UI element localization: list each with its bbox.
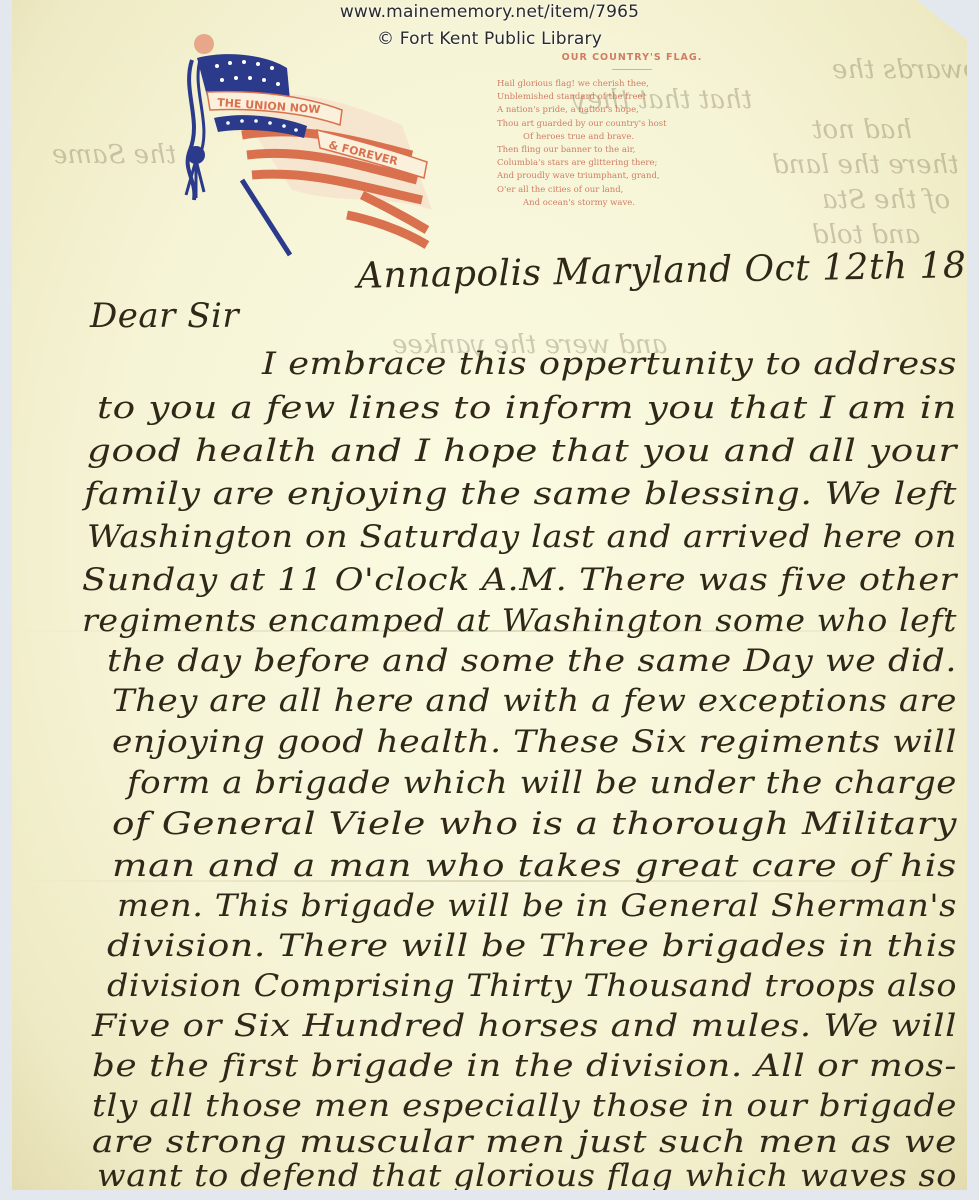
letter-line: be the first brigade in the division. Al… <box>92 1048 957 1084</box>
letter-line: division Comprising Thirty Thousand troo… <box>107 968 957 1004</box>
letter-line: family are enjoying the same blessing. W… <box>84 476 957 512</box>
letter-line: regiments encamped at Washington some wh… <box>82 603 957 639</box>
union-flag-vignette: THE UNION NOW & FOREVER <box>172 30 447 260</box>
letter-line: man and a man who takes great care of hi… <box>112 848 957 884</box>
bleed-through-text: there the land <box>772 150 959 180</box>
letter-dateline: Annapolis Maryland Oct 12th 1861 <box>357 244 967 296</box>
bleed-through-text: the Same <box>52 140 176 170</box>
watermark-url: www.mainememory.net/item/7965 <box>0 2 979 22</box>
letter-line: Five or Six Hundred horses and mules. We… <box>92 1008 957 1044</box>
letter-line: to you a few lines to inform you that I … <box>97 390 957 426</box>
poem-line: O'er all the cities of our land, <box>497 184 767 197</box>
poem-line: A nation's pride, a nation's hope, <box>497 104 767 117</box>
letter-line: the day before and some the same Day we … <box>107 643 957 679</box>
poem-line: Of heroes true and brave. <box>497 131 767 144</box>
letter-line: Sunday at 11 O'clock A.M. There was five… <box>82 562 957 598</box>
letter-salutation: Dear Sir <box>90 296 239 336</box>
letterhead-poem: OUR COUNTRY'S FLAG. Hail glorious flag! … <box>497 52 767 210</box>
poem-line: Thou art guarded by our country's host <box>497 118 767 131</box>
poem-line: And proudly wave triumphant, grand, <box>497 170 767 183</box>
letter-line: Washington on Saturday last and arrived … <box>87 519 957 555</box>
letter-line: tly all those men especially those in ou… <box>92 1088 957 1124</box>
letter-line: men. This brigade will be in General She… <box>117 888 957 924</box>
letter-line: enjoying good health. These Six regiment… <box>112 724 957 760</box>
bleed-through-text: towards the <box>832 55 967 85</box>
poem-line: And ocean's stormy wave. <box>497 197 767 210</box>
poem-line: Hail glorious flag! we cherish thee, <box>497 78 767 91</box>
poem-line: Unblemished standard of the free! <box>497 91 767 104</box>
letter-line: good health and I hope that you and all … <box>87 433 957 469</box>
letter-line: division. There will be Three brigades i… <box>107 928 957 964</box>
poem-line: Then fling our banner to the air, <box>497 144 767 157</box>
poem-title: OUR COUNTRY'S FLAG. <box>497 52 767 63</box>
letter-line: of General Viele who is a thorough Milit… <box>112 806 957 842</box>
letter-page: towards the that that they had not there… <box>12 0 967 1190</box>
poem-line: Columbia's stars are glittering there; <box>497 157 767 170</box>
bleed-through-text: of the Sta <box>822 185 950 215</box>
letter-line: form a brigade which will be under the c… <box>127 765 957 801</box>
letter-line: I embrace this oppertunity to address <box>262 346 957 382</box>
letter-line: want to defend that glorious flag which … <box>97 1158 957 1190</box>
bleed-through-text: had not <box>812 115 912 145</box>
letter-line: They are all here and with a few excepti… <box>112 683 957 719</box>
watermark-credit: © Fort Kent Public Library <box>0 29 979 49</box>
poem-divider <box>612 69 652 70</box>
letter-line: are strong muscular men just such men as… <box>92 1124 957 1160</box>
